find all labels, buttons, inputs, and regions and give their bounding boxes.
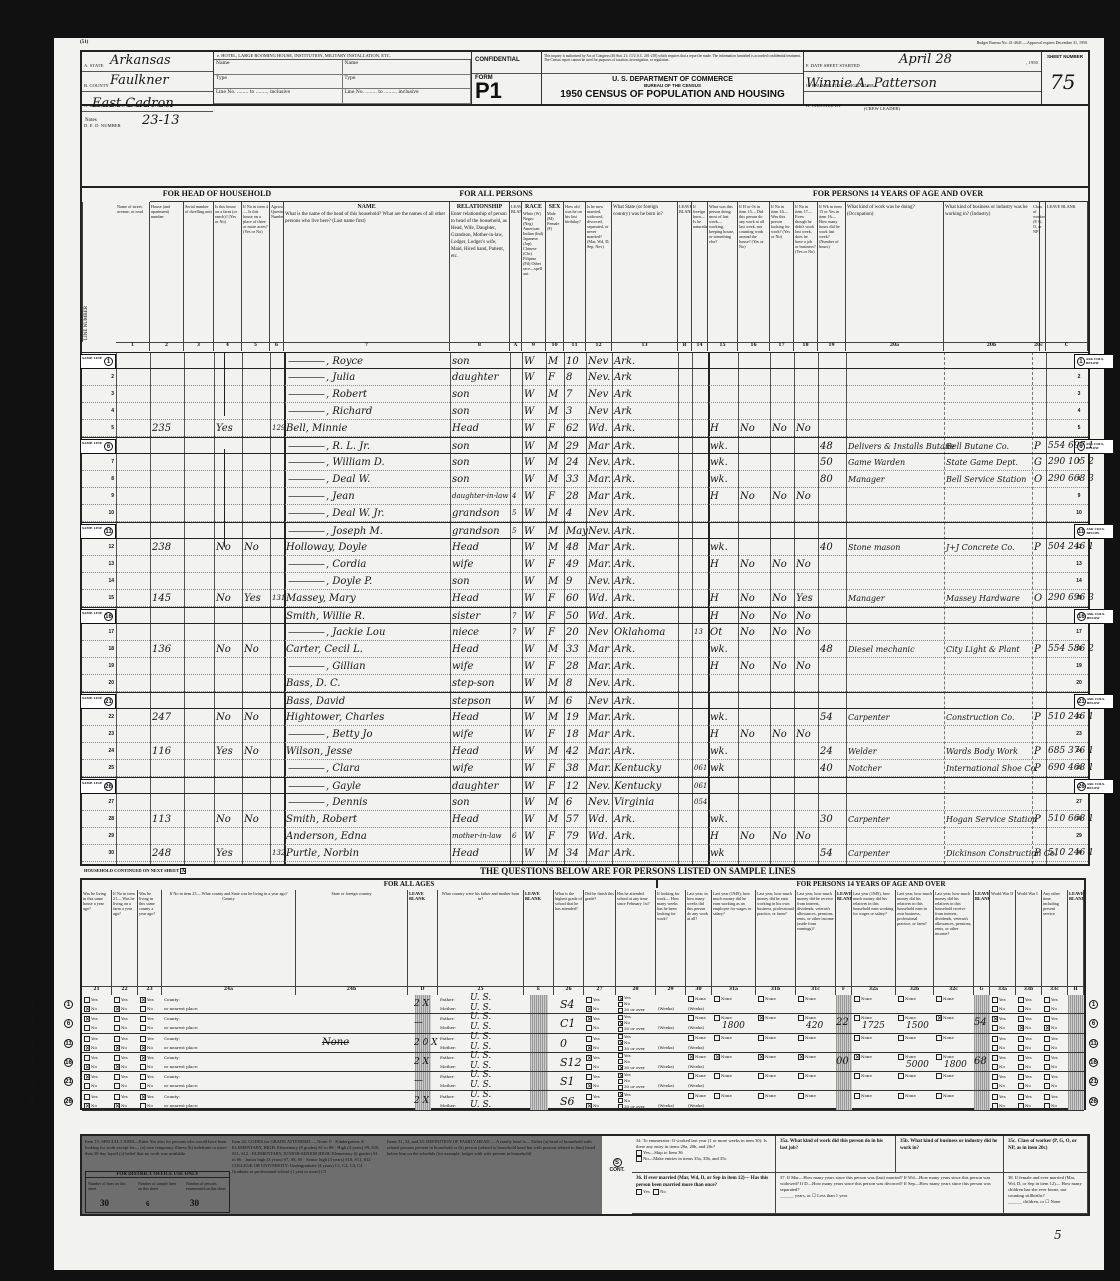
line-number-right: 20 — [1070, 675, 1088, 691]
section-all-persons: FOR ALL PERSONS — [284, 189, 708, 202]
cell-class: G — [1034, 454, 1046, 470]
cell-marital: Nev — [588, 624, 612, 640]
ask-cols-marker: 1ASK COLS. BELOW — [1074, 354, 1114, 369]
cell-sex: F — [548, 488, 564, 504]
q32a-none-checkbox[interactable]: None — [854, 1033, 872, 1042]
cell-race: W — [524, 608, 546, 623]
cell-sex: F — [548, 658, 564, 674]
code-d: 2 X — [414, 1057, 429, 1067]
q28-option[interactable]: 30 or over — [618, 1045, 645, 1052]
q31c-none-checkbox[interactable]: None — [798, 1091, 816, 1100]
q31b-none-checkbox[interactable]: ✕None — [758, 1052, 776, 1061]
cell-class: P — [1034, 641, 1046, 657]
cell-birthplace: Ark. — [614, 505, 678, 521]
column-header-20c: Class of worker (P, G, O, or NP) — [1032, 202, 1046, 342]
table-row: SAMP. LINE66ASK COLS. BELOW————, R. L. J… — [82, 437, 1088, 454]
cell-name: Holloway, Doyle — [286, 539, 450, 555]
cell-q16: No — [740, 624, 770, 640]
cell-age: 3 — [566, 403, 586, 419]
q27-checkbox-no[interactable]: ✕No — [586, 1081, 599, 1090]
line-number-right: 27 — [1070, 794, 1088, 810]
notes-label: Notes — [82, 118, 97, 123]
cell-marital: Nev. — [588, 675, 612, 691]
q23-checkbox-yes[interactable]: ✕Yes — [140, 1053, 154, 1062]
q33-other-checkbox-yes[interactable]: Yes — [1044, 1053, 1058, 1062]
q28-option[interactable]: 30 or over — [618, 1006, 645, 1013]
cell-marital: Mar — [588, 726, 612, 742]
column-header-11: How old was he on his last birthday? — [564, 202, 586, 342]
sample-questions-title: THE QUESTIONS BELOW ARE FOR PERSONS LIST… — [480, 866, 796, 876]
q30-weeks-label: (Weeks) — [688, 1023, 704, 1032]
cell-sex: F — [548, 624, 564, 640]
line-number: 5 — [82, 420, 116, 436]
q33-ww2-checkbox-no[interactable]: No — [992, 1101, 1005, 1110]
ask-cols-marker: 16ASK COLS. BELOW — [1074, 609, 1114, 624]
q30-none-checkbox[interactable]: None — [688, 1013, 706, 1022]
column-header-8: RELATIONSHIPEnter relationship of person… — [450, 202, 510, 342]
cell-activity: wk — [710, 760, 738, 776]
q32a-none-checkbox[interactable]: None — [854, 1071, 872, 1080]
q23-checkbox-yes[interactable]: Yes — [140, 1034, 154, 1043]
cell-birthplace: Ark. — [614, 675, 678, 691]
nearest-place-label: or nearest place: — [164, 1004, 198, 1013]
q23-checkbox-yes[interactable]: Yes — [140, 1014, 154, 1023]
cell-age: 33 — [566, 471, 586, 487]
cell-marital: Nev — [588, 505, 612, 521]
q22-checkbox-yes[interactable]: Yes — [114, 1092, 128, 1101]
cell-activity: H — [710, 420, 738, 436]
cell-name: Smith, Willie R. — [286, 608, 450, 623]
q22-checkbox-no[interactable]: ✕No — [114, 1043, 127, 1052]
q33-ww1-checkbox-yes[interactable]: Yes — [1018, 995, 1032, 1004]
q27-checkbox-yes[interactable]: ✕Yes — [586, 1053, 600, 1062]
highest-grade: S6 — [560, 1095, 575, 1108]
q36: 36. If ever married (Mar, Wd, D, or Sep … — [632, 1173, 776, 1214]
cell-name: ————, Deal W. — [286, 471, 450, 487]
q33-other-checkbox-no[interactable]: No — [1044, 1004, 1057, 1013]
cell-rel: niece — [452, 624, 510, 640]
q32b-none-checkbox[interactable]: None — [898, 994, 916, 1003]
q31b-none-checkbox[interactable]: None — [758, 1071, 776, 1080]
cell-name: ————, R. L. Jr. — [286, 438, 450, 453]
cell-nat: 054 — [694, 794, 708, 810]
cell-age: 28 — [566, 488, 586, 504]
cell-class: P — [1034, 760, 1046, 776]
q22-checkbox-no[interactable]: No — [114, 1023, 127, 1032]
cell-agri: 132 — [272, 845, 284, 861]
q31b-none-checkbox[interactable]: None — [758, 994, 776, 1003]
cell-hours: 40 — [820, 539, 846, 555]
sample-table: FOR ALL AGESFOR PERSONS 14 YEARS OF AGE … — [80, 878, 1086, 1110]
cell-house: 116 — [152, 743, 184, 759]
date-value: April 28 — [899, 52, 952, 67]
column-number-20c: 20c — [1032, 342, 1046, 351]
q31a-amount: 1800 — [722, 1021, 745, 1031]
q22-checkbox-yes[interactable]: Yes — [114, 1034, 128, 1043]
q21-checkbox-no[interactable]: No — [84, 1023, 97, 1032]
footer-instructions: Item 15: SPECIAL CASES—Enter Yes also fo… — [80, 1134, 1090, 1216]
sample-column-header-31b: Last year, how much money did he earn wo… — [756, 890, 796, 986]
line-number: 14 — [82, 573, 116, 589]
q32a-none-checkbox[interactable]: None — [854, 994, 872, 1003]
cell-race: W — [524, 590, 546, 606]
cell-q17: No — [772, 590, 794, 606]
q21-checkbox-yes[interactable]: Yes — [84, 1053, 98, 1062]
column-number-2: 2 — [150, 342, 184, 351]
cell-age: 33 — [566, 641, 586, 657]
cell-q16: No — [740, 590, 770, 606]
highest-grade: S1 — [560, 1075, 575, 1088]
cell-marital: Mar. — [588, 760, 612, 776]
q31a-none-checkbox[interactable]: None — [714, 1071, 732, 1080]
cell-q17: No — [772, 488, 794, 504]
q33-ww1-checkbox-no[interactable]: No — [1018, 1101, 1031, 1110]
cell-birthplace: Ark. — [614, 488, 678, 504]
q27-checkbox-no[interactable]: ✕No — [586, 1101, 599, 1110]
sample-count: 6 — [146, 1200, 150, 1208]
q22-checkbox-no[interactable]: ✕No — [114, 1062, 127, 1071]
q33-other-checkbox-yes[interactable]: Yes — [1044, 1072, 1058, 1081]
q22-checkbox-yes[interactable]: Yes — [114, 1072, 128, 1081]
q31a-none-checkbox[interactable]: ✕None — [714, 1052, 732, 1061]
cell-age: 34 — [566, 845, 586, 861]
cell-q18: Yes — [796, 590, 818, 606]
cell-marital: Nev — [588, 693, 612, 708]
cell-birthplace: Oklahoma — [614, 624, 678, 640]
cell-activity: H — [710, 658, 738, 674]
q31c-none-checkbox[interactable]: None — [798, 1071, 816, 1080]
cell-nat: 061 — [694, 778, 708, 793]
cell-rel: son — [452, 438, 510, 453]
cell-age: 8 — [566, 675, 586, 691]
q32b-amount: 5000 — [906, 1060, 929, 1070]
cell-occupation: Delivers & Installs Butane — [848, 438, 944, 453]
cell-sex: M — [548, 386, 564, 402]
q33-ww1-checkbox-yes[interactable]: Yes — [1018, 1053, 1032, 1062]
q32a-none-checkbox[interactable]: ✕None — [854, 1052, 872, 1061]
q32b-none-checkbox[interactable]: None — [898, 1071, 916, 1080]
table-row: 2929Anderson, Ednamother-in-law6WF79Wd.A… — [82, 828, 1088, 845]
q23-checkbox-no[interactable]: No — [140, 1062, 153, 1071]
cell-age: 49 — [566, 556, 586, 572]
q36-no-checkbox[interactable] — [653, 1189, 659, 1195]
q21-checkbox-no[interactable]: ✕No — [84, 1004, 97, 1013]
q23-checkbox-no[interactable]: ✕No — [140, 1043, 153, 1052]
cell-birthplace: Ark. — [614, 438, 678, 453]
cell-industry: J+J Concrete Co. — [946, 539, 1040, 555]
q32c-none-checkbox[interactable]: None — [936, 1091, 954, 1100]
cell-a: 7 — [512, 624, 522, 640]
cell-birthplace: Ark. — [614, 658, 678, 674]
sample-column-header-e: LEAVE BLANK — [524, 890, 554, 986]
cell-sex: M — [548, 471, 564, 487]
q27-checkbox-yes[interactable]: Yes — [586, 1092, 600, 1101]
cell-occupation: Notcher — [848, 760, 944, 776]
q21-checkbox-yes[interactable]: Yes — [84, 1092, 98, 1101]
q36-yes-checkbox[interactable] — [636, 1189, 642, 1195]
q31b-none-checkbox[interactable]: ✕None — [758, 1013, 776, 1022]
q31b-none-checkbox[interactable]: None — [758, 1091, 776, 1100]
q32a-amount: 1725 — [862, 1021, 885, 1031]
q33-ww1-checkbox-no[interactable]: No — [1018, 1081, 1031, 1090]
q33-other-checkbox-yes[interactable]: Yes — [1044, 1034, 1058, 1043]
q31c-none-checkbox[interactable]: ✕None — [798, 1052, 816, 1061]
column-number-b: B — [678, 342, 692, 351]
cell-age: May — [566, 523, 586, 538]
father-label: Father: — [440, 1053, 455, 1062]
father-label: Father: — [440, 1014, 455, 1023]
q31a-none-checkbox[interactable]: None — [714, 1033, 732, 1042]
q27-checkbox-no[interactable]: No — [586, 1023, 599, 1032]
cell-name: Bass, D. C. — [286, 675, 450, 691]
q33-other-checkbox-no[interactable]: ✕No — [1044, 1023, 1057, 1032]
cell-name: ————, Gayle — [286, 778, 450, 793]
q27-checkbox-no[interactable]: ✕No — [586, 1043, 599, 1052]
q33-ww1-checkbox-yes[interactable]: Yes — [1018, 1034, 1032, 1043]
continued-marker: SCONT. — [602, 1136, 632, 1214]
q27-checkbox-yes[interactable]: Yes — [586, 1072, 600, 1081]
cell-hours: 54 — [820, 709, 846, 725]
cell-class: P — [1034, 438, 1046, 453]
q33-ww1-checkbox-no[interactable]: No — [1018, 1004, 1031, 1013]
q35c: 35c. Class of worker (P, G, O, or NP, as… — [1004, 1136, 1088, 1173]
q27-checkbox-yes[interactable]: Yes — [586, 995, 600, 1004]
q28-option[interactable]: 30 or over — [618, 1025, 645, 1032]
q22-checkbox-no[interactable]: ✕No — [114, 1004, 127, 1013]
q21-checkbox-no[interactable]: ✕No — [84, 1101, 97, 1110]
q33-ww2-checkbox-yes[interactable]: Yes — [992, 1034, 1006, 1043]
nearest-place-label: or nearest place: — [164, 1081, 198, 1090]
q33-other-checkbox-yes[interactable]: Yes — [1044, 1092, 1058, 1101]
sample-column-number-g: G — [974, 986, 990, 995]
cell-marital: Nev. — [588, 369, 612, 385]
q32c-none-checkbox[interactable]: ✕None — [936, 1013, 954, 1022]
q33-ww2-checkbox-yes[interactable]: Yes — [992, 995, 1006, 1004]
margin-tally: 5 — [28, 1094, 35, 1107]
cell-birthplace: Kentucky — [614, 778, 678, 793]
line-number: 12 — [82, 539, 116, 555]
household-continued-checkbox[interactable]: X — [180, 868, 186, 874]
cell-code: 290 105 2 — [1048, 454, 1088, 470]
q33-ww1-checkbox-yes[interactable]: Yes — [1018, 1014, 1032, 1023]
q27-checkbox-no[interactable]: No — [586, 1062, 599, 1071]
q27-checkbox-yes[interactable]: ✕Yes — [586, 1014, 600, 1023]
q31a-none-checkbox[interactable]: None — [714, 994, 732, 1003]
column-header-2: House (and apartment) number — [150, 202, 184, 342]
q33-ww2-checkbox-yes[interactable]: Yes — [992, 1053, 1006, 1062]
q33-ww2-checkbox-no[interactable]: No — [992, 1062, 1005, 1071]
cell-rel: grandson — [452, 523, 510, 538]
sample-row: 51616Yes✕NoYes✕No✕YesNo✕YesNoCounty:or n… — [82, 1053, 1084, 1072]
q22-checkbox-no[interactable]: ✕No — [114, 1101, 127, 1110]
q32c-none-checkbox[interactable]: None — [936, 994, 954, 1003]
cell-activity: Ot — [710, 624, 738, 640]
q33-ww1-checkbox-yes[interactable]: Yes — [1018, 1072, 1032, 1081]
cell-birthplace: Ark. — [614, 726, 678, 742]
table-row: 2525————, ClarawifeWF38Mar.Kentucky061wk… — [82, 760, 1088, 777]
q21-checkbox-yes[interactable]: ✕Yes — [84, 1072, 98, 1081]
nearest-place-label: or nearest place: — [164, 1062, 198, 1071]
cell-race: W — [524, 794, 546, 810]
sample-column-header-24a: If No in item 23— What county and State … — [162, 890, 296, 986]
q30-none-checkbox[interactable]: None — [688, 1033, 706, 1042]
q22-checkbox-yes[interactable]: Yes — [114, 1014, 128, 1023]
enumerator-block: f. DATE SHEET STARTEDApril 28, 1950 g. E… — [804, 52, 1042, 104]
cell-age: 9 — [566, 573, 586, 589]
cell-race: W — [524, 811, 546, 827]
cell-marital: Wd. — [588, 828, 612, 844]
sample-column-number-26: 26 — [554, 986, 584, 995]
margin-tally: 5 — [28, 1074, 35, 1087]
cell-sex: M — [548, 454, 564, 470]
column-header-line-number: LINE NUMBER — [82, 202, 116, 342]
sample-column-header-d: LEAVE BLANK — [408, 890, 438, 986]
column-header-16: If H or Ot in item 15— Did this person d… — [738, 202, 770, 342]
q33-ww1-checkbox-no[interactable]: No — [1018, 1043, 1031, 1052]
column-header-6: Agriculture Questionnaire Number — [270, 202, 284, 342]
q31c-none-checkbox[interactable]: None — [798, 1033, 816, 1042]
q23-checkbox-no[interactable]: No — [140, 1081, 153, 1090]
q33-other-checkbox-no[interactable]: No — [1044, 1062, 1057, 1071]
q21-checkbox-no[interactable]: ✕No — [84, 1062, 97, 1071]
cell-q18: No — [796, 488, 818, 504]
q33-ww2-checkbox-no[interactable]: No — [992, 1023, 1005, 1032]
q22-checkbox-no[interactable]: No — [114, 1081, 127, 1090]
q33-ww1-checkbox-yes[interactable]: Yes — [1018, 1092, 1032, 1101]
sample-column-header-26: What is the highest grade of school that… — [554, 890, 584, 986]
column-header-4: Is this house on a farm (or ranch)? (Yes… — [214, 202, 242, 342]
q38: 38. If female and ever married (Mar, Wd,… — [1004, 1173, 1088, 1214]
cell-marital: Nev. — [588, 523, 612, 538]
cell-sex: F — [548, 369, 564, 385]
q32b-none-checkbox[interactable]: None — [898, 1091, 916, 1100]
cell-age: 4 — [566, 505, 586, 521]
q29-weeks-label: (Weeks) — [658, 1004, 674, 1013]
q28-option[interactable]: ✕30 or over — [618, 1064, 645, 1071]
section-head-of-household: FOR HEAD OF HOUSEHOLD — [150, 189, 284, 202]
q22-checkbox-yes[interactable]: Yes — [114, 995, 128, 1004]
table-row: SAMP. LINE2121ASK COLS. BELOWBass, David… — [82, 692, 1088, 709]
q33-ww2-checkbox-yes[interactable]: ✕Yes — [992, 1014, 1006, 1023]
column-header-c: LEAVE BLANK — [1046, 202, 1088, 342]
q30-none-checkbox[interactable]: None — [688, 1071, 706, 1080]
q30-none-checkbox[interactable]: ✕None — [688, 1052, 706, 1061]
q33-other-checkbox-yes[interactable]: Yes — [1044, 995, 1058, 1004]
sample-column-number-27: 27 — [584, 986, 616, 995]
cell-acres: No — [244, 709, 270, 725]
q28-option[interactable]: 30 or over — [618, 1083, 645, 1090]
q33-ww1-checkbox-no[interactable]: ✕No — [1018, 1023, 1031, 1032]
cell-rel: step-son — [452, 675, 510, 691]
cell-class: P — [1034, 743, 1046, 759]
q23-checkbox-yes[interactable]: ✕Yes — [140, 995, 154, 1004]
q33-ww2-checkbox-yes[interactable]: Yes — [992, 1092, 1006, 1101]
q21-checkbox-no[interactable]: No — [84, 1081, 97, 1090]
q33-ww2-checkbox-no[interactable]: No — [992, 1004, 1005, 1013]
column-header-12: Is he now married, widowed, divorced, se… — [586, 202, 612, 342]
cell-age: 57 — [566, 811, 586, 827]
cell-industry: Hogan Service Station — [946, 811, 1040, 827]
sheet-number-block: SHEET NUMBER 75 — [1042, 52, 1088, 104]
cell-q17: No — [772, 828, 794, 844]
cell-activity: H — [710, 828, 738, 844]
q31c-none-checkbox[interactable]: None — [798, 994, 816, 1003]
sample-column-header-28: Has he attended school at any time since… — [616, 890, 656, 986]
census-sheet: (51) Budget Bureau No. 41-4641.—Approval… — [54, 38, 1104, 1270]
mother-label: Mother: — [440, 1062, 456, 1071]
q34-no-checkbox[interactable] — [636, 1156, 642, 1162]
sample-column-header-31c: Last year, how much money did he receive… — [796, 890, 836, 986]
county-label: County: — [164, 1034, 180, 1043]
q32b-none-checkbox[interactable]: None — [898, 1033, 916, 1042]
q33-other-checkbox-yes[interactable]: Yes — [1044, 1014, 1058, 1023]
q32a-none-checkbox[interactable]: None — [854, 1091, 872, 1100]
column-header-13: What State (or foreign country) was he b… — [612, 202, 678, 342]
column-header-19: If Wk in item 15 or Yes in item 16— How … — [818, 202, 846, 342]
q33-other-checkbox-no[interactable]: No — [1044, 1043, 1057, 1052]
q28-option[interactable]: 30 or over — [618, 1103, 645, 1110]
q27-checkbox-no[interactable]: ✕No — [586, 1004, 599, 1013]
q27-checkbox-yes[interactable]: Yes — [586, 1034, 600, 1043]
cell-race: W — [524, 845, 546, 861]
cell-race: W — [524, 353, 546, 368]
q31a-none-checkbox[interactable]: None — [714, 1091, 732, 1100]
cell-rel: son — [452, 471, 510, 487]
q30-none-checkbox[interactable]: None — [688, 1091, 706, 1100]
cell-farm: Yes — [216, 743, 242, 759]
line-label-1: Line No. ........ to ........, inclusive — [214, 89, 343, 104]
cell-sex: M — [548, 539, 564, 555]
q21-checkbox-yes[interactable]: ✕Yes — [84, 1014, 98, 1023]
q32c-none-checkbox[interactable]: None — [936, 1071, 954, 1080]
q23-checkbox-yes[interactable]: ✕Yes — [140, 1092, 154, 1101]
household-continued: HOUSEHOLD CONTINUED ON NEXT SHEET X — [84, 868, 187, 874]
q33-ww2-checkbox-no[interactable]: No — [992, 1043, 1005, 1052]
q22-checkbox-yes[interactable]: Yes — [114, 1053, 128, 1062]
line-number: 10 — [82, 505, 116, 521]
q32c-none-checkbox[interactable]: None — [936, 1033, 954, 1042]
column-header-1: Name of street, avenue, or road — [116, 202, 150, 342]
q21-checkbox-yes[interactable]: Yes — [84, 1034, 98, 1043]
q23-checkbox-no[interactable]: No — [140, 1101, 153, 1110]
cell-activity: wk. — [710, 709, 738, 725]
q23-checkbox-yes[interactable]: Yes — [140, 1072, 154, 1081]
cell-marital: Nev. — [588, 454, 612, 470]
cell-birthplace: Ark. — [614, 709, 678, 725]
mother-label: Mother: — [440, 1081, 456, 1090]
q21-checkbox-no[interactable]: ✕No — [84, 1043, 97, 1052]
q31b-none-checkbox[interactable]: None — [758, 1033, 776, 1042]
enumerator-signature: Winnie A. Patterson — [806, 76, 937, 91]
sample-column-number-33a: 33a — [990, 986, 1016, 995]
q23-checkbox-no[interactable]: No — [140, 1023, 153, 1032]
q33-ww2-checkbox-yes[interactable]: Yes — [992, 1072, 1006, 1081]
column-header-14: If foreign born— Is he naturalized? — [692, 202, 708, 342]
q33-ww2-checkbox-no[interactable]: No — [992, 1081, 1005, 1090]
q23-checkbox-no[interactable]: No — [140, 1004, 153, 1013]
cell-marital: Nev. — [588, 573, 612, 589]
bureau: BUREAU OF THE CENSUS — [542, 83, 803, 88]
q30-none-checkbox[interactable]: None — [688, 994, 706, 1003]
sample-line-number: 26 — [64, 1097, 73, 1106]
q35a: 35a. What kind of work did this person d… — [776, 1136, 896, 1173]
cell-occupation: Carpenter — [848, 709, 944, 725]
q33-other-checkbox-no[interactable]: No — [1044, 1101, 1057, 1110]
sample-line-number: 1 — [64, 1000, 73, 1009]
q21-checkbox-yes[interactable]: Yes — [84, 995, 98, 1004]
q33-other-checkbox-no[interactable]: No — [1044, 1081, 1057, 1090]
q33-ww1-checkbox-no[interactable]: No — [1018, 1062, 1031, 1071]
